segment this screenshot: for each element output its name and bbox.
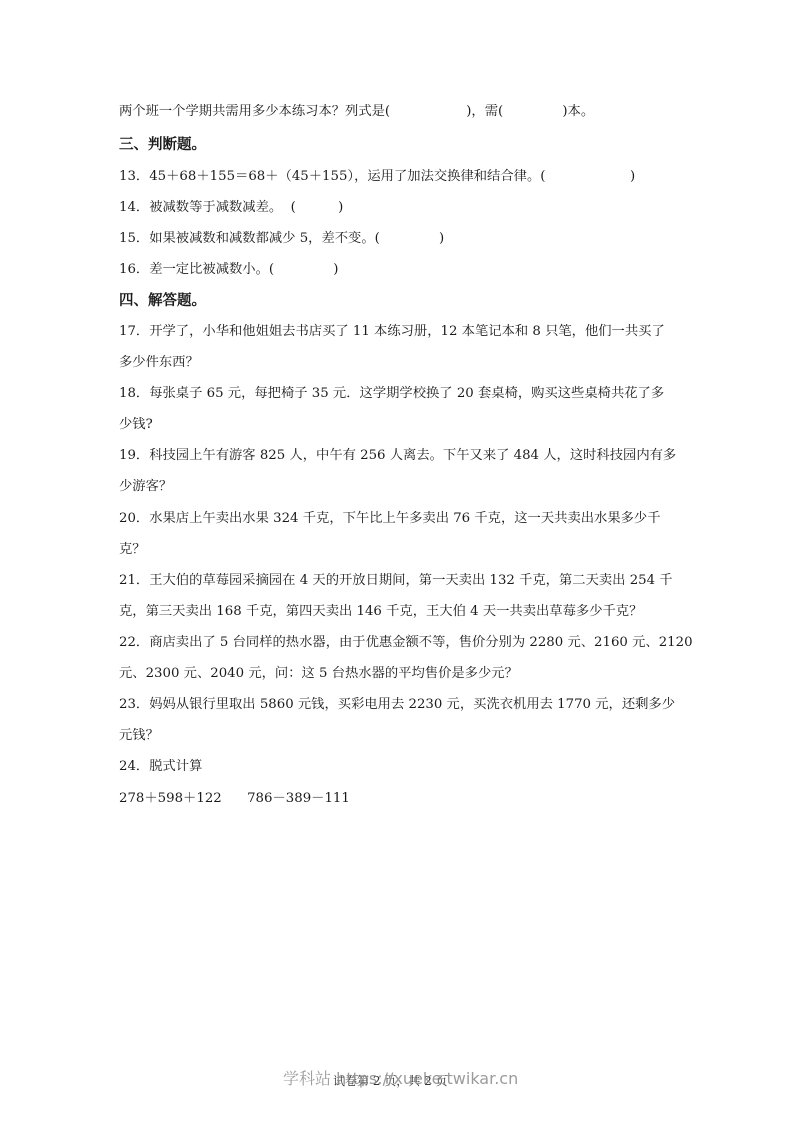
question-18-line1: 18．每张桌子 65 元，每把椅子 35 元．这学期学校换了 20 套桌椅，购买… — [119, 385, 664, 403]
question-21-line2: 克，第三天卖出 168 千克，第四天卖出 146 千克，王大伯 4 天一共卖出草… — [119, 603, 642, 621]
section-heading-solve: 四、解答题。 — [119, 292, 206, 310]
question-14: 14．被减数等于减数减差。 ( ) — [119, 199, 343, 217]
question-19-line2: 少游客？ — [119, 478, 172, 496]
question-19-line1: 19．科技园上午有游客 825 人，中午有 256 人离去。下午又来了 484 … — [119, 447, 676, 465]
site-watermark: 学科站 https://xueke.twikar.cn — [283, 1066, 518, 1089]
question-12-continuation: 两个班一个学期共需用多少本练习本？列式是( )，需( )本。 — [119, 103, 594, 121]
question-16: 16．差一定比被减数小。( ) — [119, 261, 338, 279]
question-15: 15．如果被减数和减数都减少 5，差不变。( ) — [119, 230, 444, 248]
question-22-line2: 元、2300 元、2040 元，问：这 5 台热水器的平均售价是多少元？ — [119, 665, 518, 683]
exam-page: 两个班一个学期共需用多少本练习本？列式是( )，需( )本。 三、判断题。 13… — [0, 0, 793, 1122]
question-24-title: 24．脱式计算 — [119, 758, 202, 776]
question-20-line1: 20．水果店上午卖出水果 324 千克，下午比上午多卖出 76 千克，这一天共卖… — [119, 510, 661, 528]
question-20-line2: 克？ — [119, 541, 146, 559]
question-24-expressions: 278＋598＋122 786－389－111 — [119, 790, 350, 808]
question-21-line1: 21．王大伯的草莓园采摘园在 4 天的开放日期间，第一天卖出 132 千克，第二… — [119, 572, 673, 590]
question-17-line1: 17．开学了，小华和他姐姐去书店买了 11 本练习册，12 本笔记本和 8 只笔… — [119, 323, 665, 341]
question-23-line2: 元钱？ — [119, 727, 159, 745]
question-13: 13．45＋68＋155＝68＋（45＋155），运用了加法交换律和结合律。( … — [119, 168, 635, 186]
question-17-line2: 多少件东西？ — [119, 354, 199, 372]
question-22-line1: 22．商店卖出了 5 台同样的热水器，由于优惠金额不等，售价分别为 2280 元… — [119, 634, 693, 652]
section-heading-judgment: 三、判断题。 — [119, 136, 206, 154]
question-23-line1: 23．妈妈从银行里取出 5860 元钱，买彩电用去 2230 元，买洗衣机用去 … — [119, 696, 675, 714]
question-18-line2: 少钱? — [119, 416, 153, 434]
